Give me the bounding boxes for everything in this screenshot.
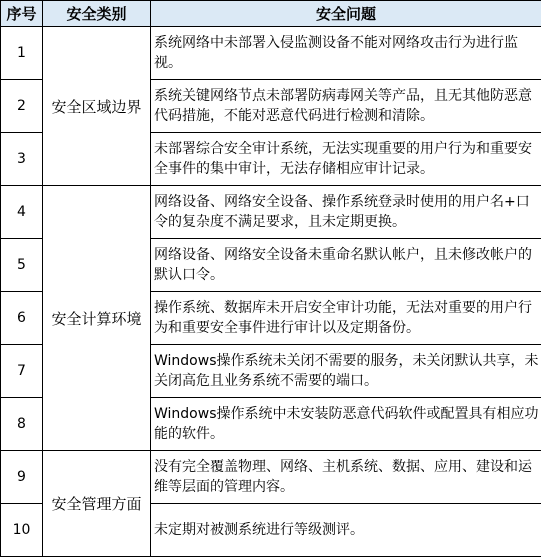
issue-cell: 网络设备、网络安全设备未重命名默认帐户，且未修改帐户的默认口令。	[151, 239, 541, 292]
header-category: 安全类别	[43, 1, 151, 27]
header-row: 序号 安全类别 安全问题	[1, 1, 541, 27]
table-row: 4 安全计算环境 网络设备、网络安全设备、操作系统登录时使用的用户名+口令的复杂…	[1, 186, 541, 239]
row-number: 8	[1, 398, 43, 451]
issue-cell: Windows操作系统中未安装防恶意代码软件或配置具有相应功能的软件。	[151, 398, 541, 451]
row-number: 4	[1, 186, 43, 239]
row-number: 5	[1, 239, 43, 292]
issue-cell: Windows操作系统未关闭不需要的服务，未关闭默认共享，未关闭高危且业务系统不…	[151, 345, 541, 398]
table-row: 9 安全管理方面 没有完全覆盖物理、网络、主机系统、数据、应用、建设和运维等层面…	[1, 451, 541, 504]
issue-cell: 没有完全覆盖物理、网络、主机系统、数据、应用、建设和运维等层面的管理内容。	[151, 451, 541, 504]
header-num: 序号	[1, 1, 43, 27]
header-issue: 安全问题	[151, 1, 541, 27]
row-number: 7	[1, 345, 43, 398]
row-number: 2	[1, 80, 43, 133]
row-number: 10	[1, 504, 43, 557]
category-cell: 安全区域边界	[43, 27, 151, 186]
issue-cell: 操作系统、数据库未开启安全审计功能，无法对重要的用户行为和重要安全事件进行审计以…	[151, 292, 541, 345]
row-number: 1	[1, 27, 43, 80]
issue-cell: 未部署综合安全审计系统，无法实现重要的用户行为和重要安全事件的集中审计，无法存储…	[151, 133, 541, 186]
row-number: 6	[1, 292, 43, 345]
issue-cell: 未定期对被测系统进行等级测评。	[151, 504, 541, 557]
row-number: 9	[1, 451, 43, 504]
issue-cell: 网络设备、网络安全设备、操作系统登录时使用的用户名+口令的复杂度不满足要求，且未…	[151, 186, 541, 239]
issue-cell: 系统网络中未部署入侵监测设备不能对网络攻击行为进行监视。	[151, 27, 541, 80]
category-cell: 安全管理方面	[43, 451, 151, 557]
row-number: 3	[1, 133, 43, 186]
security-issues-table: 序号 安全类别 安全问题 1 安全区域边界 系统网络中未部署入侵监测设备不能对网…	[0, 0, 541, 557]
category-cell: 安全计算环境	[43, 186, 151, 451]
issue-cell: 系统关键网络节点未部署防病毒网关等产品，且无其他防恶意代码措施，不能对恶意代码进…	[151, 80, 541, 133]
table-row: 1 安全区域边界 系统网络中未部署入侵监测设备不能对网络攻击行为进行监视。	[1, 27, 541, 80]
